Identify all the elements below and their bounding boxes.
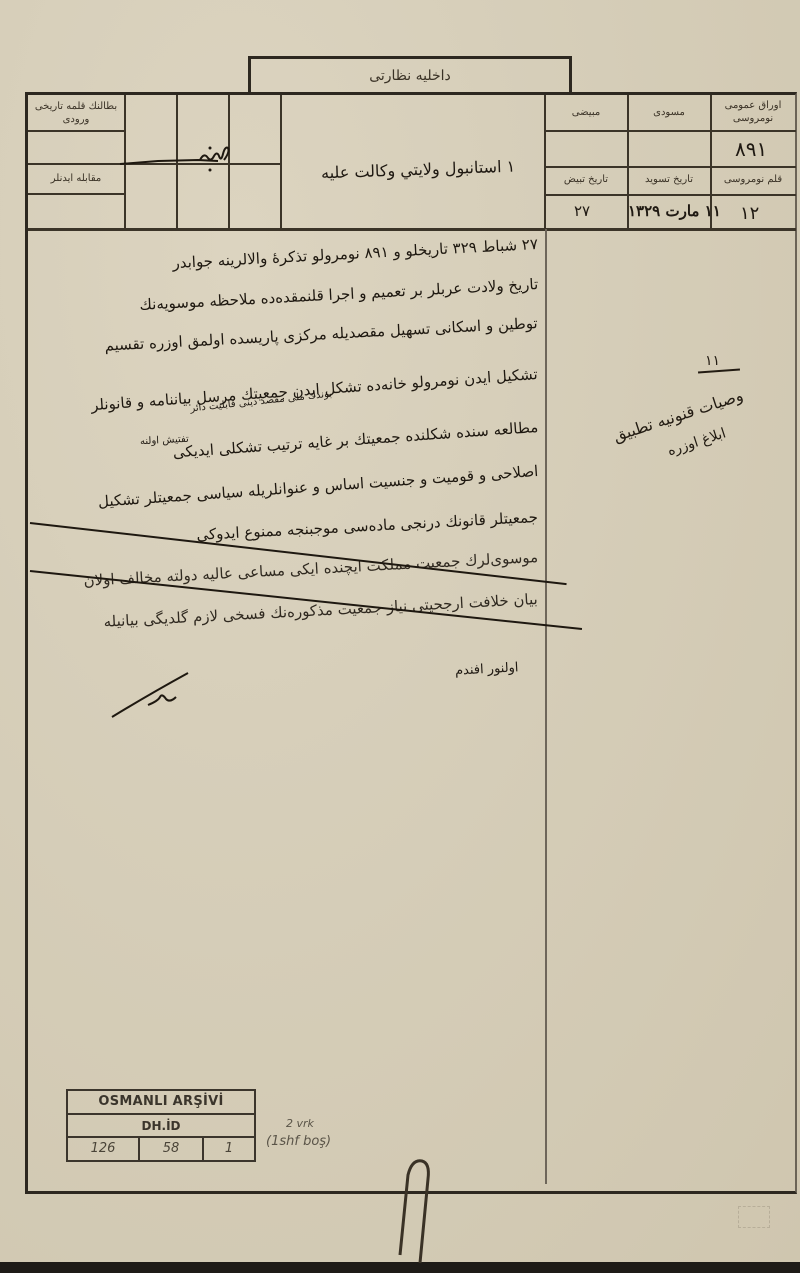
office-number-value: ١٢ — [740, 203, 759, 224]
archive-gomlek-number: 58 — [140, 1138, 204, 1160]
draft-date-label: تاریخ تسوید — [630, 173, 708, 186]
fair-copy-date-value: ٢٧ — [574, 202, 590, 220]
collated-by-label: مقابله ایدنلر — [32, 172, 120, 185]
general-doc-number-label: اوراق عمومی نومروسی — [713, 99, 793, 125]
office-number-label: قلم نومروسی — [713, 173, 793, 186]
grid-line — [280, 95, 282, 228]
grid-line — [544, 95, 546, 228]
archive-fond-code: DH.İD — [68, 1115, 254, 1138]
ministry-title: داخلیه نظارتی — [369, 68, 451, 84]
grid-line — [28, 193, 124, 195]
general-doc-number-value: ٨٩١ — [735, 137, 767, 161]
pencil-note-blank-pages: (1shf boş) — [266, 1134, 331, 1149]
fair-copy-date-label: تاریخ تبیض — [547, 173, 625, 186]
paraf-signature-icon — [108, 665, 198, 725]
archive-dosya-number: 126 — [68, 1138, 140, 1160]
archive-stamp: OSMANLI ARŞİVİ DH.İD 126 58 1 — [66, 1089, 256, 1162]
grid-line — [28, 130, 124, 132]
margin-note-number: ١١ — [705, 353, 720, 369]
grid-line — [544, 194, 796, 196]
fair-copy-label: مبیضی — [547, 106, 625, 119]
paper-clip-icon — [390, 1155, 440, 1265]
margin-column-divider — [545, 229, 547, 1184]
header-signature-icon — [118, 140, 238, 180]
incoming-date-label: بطالنك قلمه تاریخی ورودی — [32, 100, 120, 126]
archive-name: OSMANLI ARŞİVİ — [68, 1091, 254, 1115]
grid-line — [544, 166, 796, 168]
faint-corner-stamp — [738, 1206, 770, 1228]
archive-sira-number: 1 — [204, 1138, 254, 1160]
draft-date-value: ١١ مارت ١٣٢٩ — [628, 202, 721, 220]
archive-reference-row: 126 58 1 — [68, 1138, 254, 1160]
pencil-note-page-count: 2 vrk — [286, 1117, 314, 1130]
grid-line — [544, 130, 796, 132]
draft-label: مسودی — [630, 106, 708, 119]
header-body-divider — [28, 228, 796, 231]
ministry-title-box: داخلیه نظارتی — [248, 56, 572, 92]
